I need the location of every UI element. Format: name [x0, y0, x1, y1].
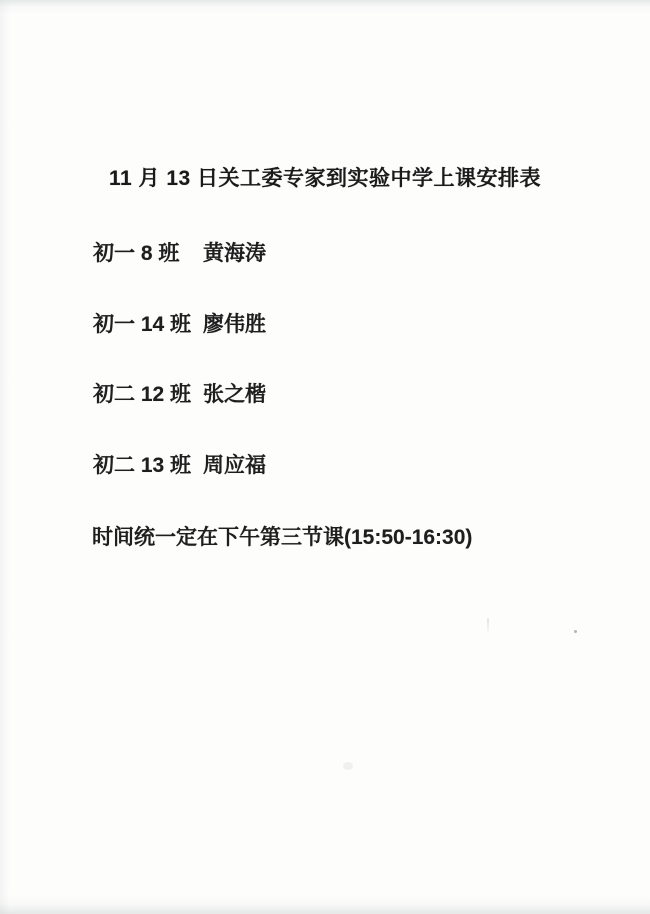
schedule-row: 初二 12 班 张之楷 — [93, 378, 266, 408]
scan-speck — [574, 630, 577, 633]
scanned-document-page: 11 月 13 日关工委专家到实验中学上课安排表 初一 8 班 黄海涛 初一 1… — [0, 0, 650, 914]
class-label: 初一 14 班 — [93, 308, 203, 338]
class-label: 初二 13 班 — [93, 449, 203, 479]
teacher-name: 黄海涛 — [203, 237, 266, 267]
scan-edge-shadow-top — [0, 0, 650, 14]
schedule-row: 初一 8 班 黄海涛 — [93, 237, 266, 267]
teacher-name: 周应福 — [203, 449, 266, 479]
scan-speck — [343, 762, 353, 770]
class-label: 初二 12 班 — [93, 378, 203, 408]
scan-speck — [487, 618, 489, 632]
scan-edge-shadow-left — [0, 0, 10, 914]
class-label: 初一 8 班 — [93, 237, 203, 267]
schedule-row: 初一 14 班 廖伟胜 — [93, 308, 266, 338]
document-title: 11 月 13 日关工委专家到实验中学上课安排表 — [0, 162, 650, 192]
time-note: 时间统一定在下午第三节课(15:50-16:30) — [92, 521, 472, 551]
teacher-name: 张之楷 — [203, 378, 266, 408]
schedule-row: 初二 13 班 周应福 — [93, 449, 266, 479]
scan-edge-shadow-bottom — [0, 896, 650, 914]
teacher-name: 廖伟胜 — [203, 308, 266, 338]
